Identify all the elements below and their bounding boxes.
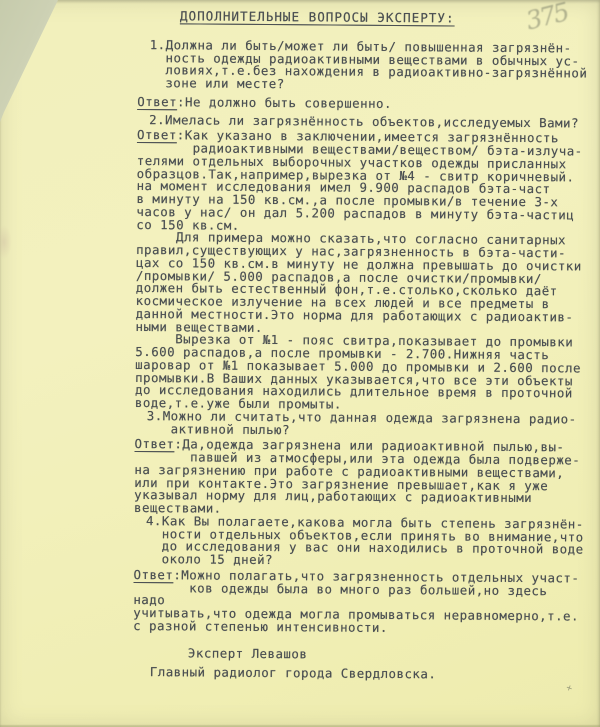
question-1: 1.Должна ли быть/может ли быть/ повышенн… (137, 39, 589, 94)
answer-2-continuation: радиоактивными веществами/веществом/ бэт… (135, 142, 589, 413)
signature-expert-name: Эксперт Левашов (133, 646, 585, 662)
signature-expert-role: Главный радиолог города Свердловска. (133, 666, 585, 682)
answer-1-label: Ответ (137, 94, 177, 109)
answer-1: Ответ:Не должно быть совершенно. (137, 96, 589, 112)
answer-1-text: :Не должно быть совершенно. (177, 94, 392, 111)
question-4: 4.Как Вы полагаете,какова могла быть сте… (134, 515, 586, 570)
document-title: ДОПОЛНИТЕЛЬНЫЕ ВОПРОСЫ ЭКСПЕРТУ: (180, 10, 590, 26)
answer-4-continuation: ков одежды была во много раз большей,но … (133, 581, 585, 636)
scanned-document-page: 375 ДОПОЛНИТЕЛЬНЫЕ ВОПРОСЫ ЭКСПЕРТУ: 1.Д… (0, 0, 600, 727)
scan-smudge (0, 225, 12, 259)
answer-3-continuation: павшей из атмосферы,или эта одежда была … (134, 451, 586, 518)
pencil-mark: + (564, 682, 573, 694)
document-body: ДОПОЛНИТЕЛЬНЫЕ ВОПРОСЫ ЭКСПЕРТУ: 1.Должн… (133, 10, 590, 683)
page-corner-fold (0, 0, 62, 122)
question-3: 3.Можно ли считать,что данная одежда заг… (135, 410, 587, 439)
